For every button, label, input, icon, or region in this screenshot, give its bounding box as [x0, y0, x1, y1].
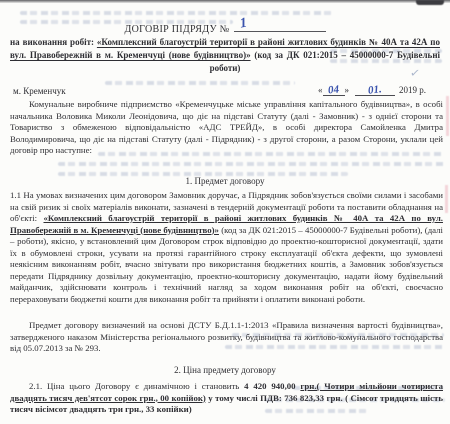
section-2-heading: 2. Ціна предмету договору	[0, 365, 450, 375]
place-date-row: м. Кременчук «04»01.2019 р.	[13, 84, 440, 96]
work-description-subtitle: на виконання робіт: «Комплексний благоус…	[10, 36, 440, 75]
contract-title-label: ДОГОВІР ПІДРЯДУ №	[125, 24, 230, 35]
scan-top-corner-mark	[416, 0, 444, 5]
date-day-blank: 04	[323, 84, 345, 96]
basis-paragraph: Предмет договору визначений на основі ДС…	[10, 320, 443, 355]
date-day-handwritten: 04	[327, 83, 339, 96]
contract-title: ДОГОВІР ПІДРЯДУ №1	[0, 20, 450, 35]
section-1-heading: 1. Предмет договору	[0, 176, 450, 186]
date-month-handwritten: 01.	[368, 83, 383, 96]
date-month-blank: 01.	[355, 84, 395, 96]
contract-amount: 4 420 940,00	[244, 381, 300, 391]
clause-1-1: 1.1 На умовах визначених цим договором З…	[10, 190, 443, 305]
contract-number-handwritten: 1	[238, 15, 248, 32]
scan-right-edge-mark	[446, 96, 449, 136]
scan-top-edge	[0, 0, 450, 3]
date-close-quote: »	[345, 85, 350, 95]
parties-paragraph: Комунальне виробниче підприємство «Креме…	[10, 99, 443, 157]
clause-2-1-lead: 2.1. Ціна цього Договору є динамічною і …	[29, 381, 244, 391]
date-field: «04»01.2019 р.	[318, 84, 426, 96]
scan-right-edge-mark	[445, 185, 448, 213]
clause-2-1: 2.1. Ціна цього Договору є динамічною і …	[10, 381, 443, 416]
pen-checkmark: ✓	[409, 65, 421, 80]
clause-1-1-tail: (код за ДК 021:2015 – 45000000-7 Будівел…	[10, 225, 443, 304]
date-year-label: 2019 р.	[399, 85, 426, 95]
bleedthrough-line	[58, 162, 445, 166]
city-label: м. Кременчук	[13, 86, 66, 96]
subtitle-prefix: на виконання робіт:	[10, 37, 97, 47]
bleedthrough-line	[20, 11, 332, 15]
contract-number-blank: 1	[234, 20, 326, 32]
